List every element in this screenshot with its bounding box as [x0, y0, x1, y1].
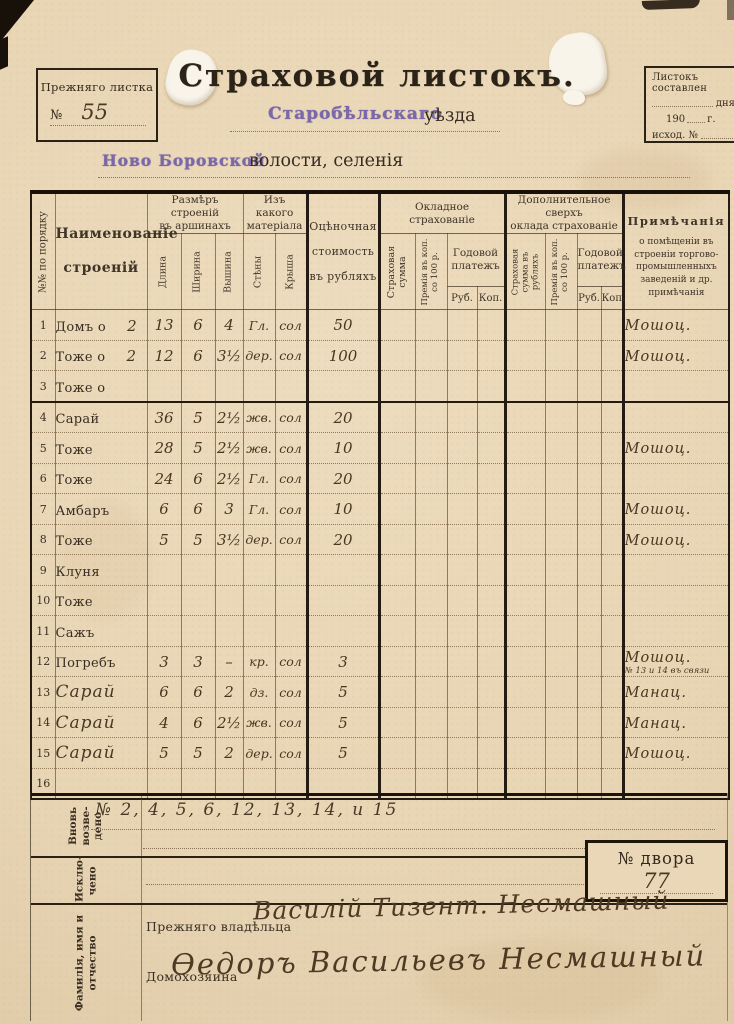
table-row: 8 Тоже 5 5 3½ дер. сол 20 Мошоц.: [31, 524, 729, 555]
building-name-cell: Сарай: [55, 402, 147, 433]
note-cell: Мошоц.: [623, 433, 729, 464]
building-name-cell: Амбаръ: [55, 494, 147, 525]
roof-material-cell: сол: [275, 524, 307, 555]
note-cell: Мошоц.: [623, 494, 729, 525]
width-cell: 6: [181, 494, 215, 525]
additional-sum-cell: [505, 585, 545, 616]
column-header-notes: Примѣчанія о помѣщеніи въ строеніи торго…: [623, 192, 729, 310]
building-name: Сарай: [56, 743, 116, 763]
column-header-kopeks-additional: Коп.: [601, 287, 623, 310]
dotted-line: [146, 884, 584, 885]
length-cell: [147, 585, 181, 616]
additional-premium-cell: [545, 524, 577, 555]
building-name: Сарай: [56, 713, 116, 733]
column-header-walls: Стѣны: [243, 234, 275, 310]
uezd-word: уѣзда: [424, 106, 476, 126]
group-header-additional-insurance: Дополнительное сверхъ оклада страхованіе: [505, 192, 623, 234]
appraised-value-cell: 50: [307, 310, 379, 341]
appraised-value-cell: [307, 585, 379, 616]
row-number-cell: 9: [31, 555, 55, 586]
column-header-roof: Крыша: [275, 234, 307, 310]
note-cell: Мошоц.: [623, 340, 729, 371]
appraised-value-cell: 10: [307, 433, 379, 464]
note-small-text-handwritten: № 13 и 14 въ связи: [625, 667, 729, 676]
torn-edge-mark: [727, 0, 734, 20]
standard-premium-cell: [415, 433, 447, 464]
height-cell: [215, 585, 243, 616]
additional-premium-cell: [545, 402, 577, 433]
note-text-handwritten: Мошоц.: [625, 746, 692, 762]
width-cell: 5: [181, 524, 215, 555]
width-cell: 5: [181, 738, 215, 769]
additional-premium-cell: [545, 494, 577, 525]
walls-material-cell: Гл.: [243, 463, 275, 494]
additional-kopeks-cell: [601, 646, 623, 677]
column-header-insured-sum: Страховая сумма: [379, 234, 415, 310]
standard-sum-cell: [379, 433, 415, 464]
table-row: 9 Клуня: [31, 555, 729, 586]
standard-kopeks-cell: [477, 433, 505, 464]
note-text-handwritten: Мошоц.: [625, 533, 692, 549]
appraised-value-cell: 100: [307, 340, 379, 371]
standard-sum-cell: [379, 371, 415, 402]
building-name: Сажъ: [56, 626, 95, 641]
additional-rubles-cell: [577, 646, 601, 677]
standard-kopeks-cell: [477, 340, 505, 371]
walls-material-cell: жв.: [243, 707, 275, 738]
volost-words: волости, селенія: [249, 151, 403, 171]
width-cell: 6: [181, 677, 215, 708]
roof-material-cell: сол: [275, 340, 307, 371]
standard-rubles-cell: [447, 524, 477, 555]
walls-material-cell: Гл.: [243, 310, 275, 341]
additional-sum-cell: [505, 371, 545, 402]
standard-premium-cell: [415, 340, 447, 371]
group-header-standard-insurance: Окладное страхованіе: [379, 192, 505, 234]
additional-kopeks-cell: [601, 677, 623, 708]
standard-kopeks-cell: [477, 707, 505, 738]
additional-rubles-cell: [577, 371, 601, 402]
height-cell: 2: [215, 738, 243, 769]
building-name-cell: Тоже: [55, 585, 147, 616]
standard-sum-cell: [379, 738, 415, 769]
standard-premium-cell: [415, 707, 447, 738]
additional-sum-cell: [505, 494, 545, 525]
length-cell: [147, 616, 181, 647]
appraised-value-cell: [307, 555, 379, 586]
additional-premium-cell: [545, 616, 577, 647]
building-name: Тоже: [56, 534, 93, 549]
note-cell: [623, 463, 729, 494]
table-row: 12 Погребъ 3 3 – кр. сол 3 Мошоц. № 13 и…: [31, 646, 729, 677]
additional-sum-cell: [505, 433, 545, 464]
appraised-value-cell: 20: [307, 402, 379, 433]
length-cell: 6: [147, 494, 181, 525]
height-cell: 2½: [215, 402, 243, 433]
standard-rubles-cell: [447, 555, 477, 586]
length-cell: 6: [147, 677, 181, 708]
length-cell: 5: [147, 738, 181, 769]
standard-kopeks-cell: [477, 555, 505, 586]
height-cell: 2½: [215, 433, 243, 464]
building-name-cell: Тоже о 2: [55, 340, 147, 371]
length-cell: 5: [147, 524, 181, 555]
year-suffix: г.: [707, 114, 715, 125]
buildings-insurance-table: №№ по порядку Наименованіе строеній Разм…: [30, 190, 730, 800]
yard-number-label: № двора: [588, 849, 725, 868]
additional-kopeks-cell: [601, 371, 623, 402]
appraised-value-cell: 10: [307, 494, 379, 525]
walls-material-cell: Гл.: [243, 494, 275, 525]
building-name-cell: Тоже: [55, 463, 147, 494]
page-title: Страховой листокъ.: [167, 58, 587, 94]
year-prefix: 190: [666, 114, 685, 125]
additional-sum-cell: [505, 340, 545, 371]
width-cell: 6: [181, 310, 215, 341]
additional-rubles-cell: [577, 494, 601, 525]
note-cell: [623, 371, 729, 402]
standard-kopeks-cell: [477, 646, 505, 677]
width-cell: 6: [181, 463, 215, 494]
column-header-number: №№ по порядку: [31, 192, 55, 310]
standard-sum-cell: [379, 463, 415, 494]
additional-sum-cell: [505, 707, 545, 738]
roof-material-cell: сол: [275, 738, 307, 769]
column-header-kopeks: Коп.: [477, 287, 505, 310]
building-name-cell: Тоже: [55, 524, 147, 555]
standard-premium-cell: [415, 402, 447, 433]
additional-kopeks-cell: [601, 707, 623, 738]
note-text-handwritten: Манац.: [625, 685, 687, 701]
standard-premium-cell: [415, 371, 447, 402]
table-row: 15 Сарай 5 5 2 дер. сол 5 Мошоц.: [31, 738, 729, 769]
building-name: Клуня: [56, 565, 100, 580]
standard-kopeks-cell: [477, 677, 505, 708]
row-number-cell: 11: [31, 616, 55, 647]
standard-rubles-cell: [447, 646, 477, 677]
width-cell: 6: [181, 707, 215, 738]
group-header-material: Изъ какого матеріала: [243, 192, 307, 234]
walls-material-cell: [243, 585, 275, 616]
roof-material-cell: [275, 616, 307, 647]
additional-kopeks-cell: [601, 738, 623, 769]
additional-premium-cell: [545, 433, 577, 464]
additional-sum-cell: [505, 402, 545, 433]
additional-rubles-cell: [577, 585, 601, 616]
additional-kopeks-cell: [601, 310, 623, 341]
standard-sum-cell: [379, 524, 415, 555]
walls-material-cell: жв.: [243, 433, 275, 464]
building-name: Тоже о: [56, 381, 106, 396]
additional-kopeks-cell: [601, 494, 623, 525]
walls-material-cell: дер.: [243, 340, 275, 371]
outgoing-number-label: исход. №: [652, 130, 698, 141]
additional-rubles-cell: [577, 738, 601, 769]
standard-kopeks-cell: [477, 585, 505, 616]
column-header-premium: Премія въ коп. со 100 р.: [415, 234, 447, 310]
building-name: Тоже: [56, 443, 93, 458]
building-name-cell: Сарай: [55, 677, 147, 708]
table-row: 10 Тоже: [31, 585, 729, 616]
additional-rubles-cell: [577, 616, 601, 647]
length-cell: 36: [147, 402, 181, 433]
standard-sum-cell: [379, 494, 415, 525]
note-cell: [623, 555, 729, 586]
standard-rubles-cell: [447, 463, 477, 494]
height-cell: 3: [215, 494, 243, 525]
additional-rubles-cell: [577, 463, 601, 494]
standard-sum-cell: [379, 555, 415, 586]
appraised-value-cell: 3: [307, 646, 379, 677]
column-header-insured-sum-additional: Страховая сумма въ рубляхъ: [505, 234, 545, 310]
group-header-annual-payment-additional: Годовой платежъ: [577, 234, 623, 287]
additional-rubles-cell: [577, 433, 601, 464]
additional-kopeks-cell: [601, 433, 623, 464]
standard-kopeks-cell: [477, 524, 505, 555]
previous-sheet-label: Прежняго листка: [38, 80, 156, 94]
additional-rubles-cell: [577, 340, 601, 371]
torn-edge-mark: [0, 36, 8, 70]
column-header-rubles: Руб.: [447, 287, 477, 310]
appraised-value-cell: 5: [307, 707, 379, 738]
standard-sum-cell: [379, 677, 415, 708]
note-text-handwritten: Мошоц.: [625, 441, 692, 457]
width-cell: 6: [181, 340, 215, 371]
roof-material-cell: сол: [275, 402, 307, 433]
additional-kopeks-cell: [601, 585, 623, 616]
building-name: Сарай: [56, 682, 116, 702]
standard-rubles-cell: [447, 402, 477, 433]
additional-kopeks-cell: [601, 555, 623, 586]
row-number-cell: 6: [31, 463, 55, 494]
length-cell: 24: [147, 463, 181, 494]
standard-sum-cell: [379, 310, 415, 341]
length-cell: 3: [147, 646, 181, 677]
standard-premium-cell: [415, 646, 447, 677]
footer-section: Вновь возве- дено № 2, 4, 5, 6, 12, 13, …: [30, 793, 728, 1021]
standard-kopeks-cell: [477, 402, 505, 433]
length-cell: 13: [147, 310, 181, 341]
standard-sum-cell: [379, 340, 415, 371]
walls-material-cell: дер.: [243, 524, 275, 555]
dotted-line: [687, 122, 705, 123]
height-cell: 3½: [215, 524, 243, 555]
dotted-line: [701, 138, 734, 139]
note-cell: [623, 402, 729, 433]
note-cell: Мошоц.: [623, 310, 729, 341]
building-name: Амбаръ: [56, 504, 110, 519]
additional-premium-cell: [545, 585, 577, 616]
walls-material-cell: дз.: [243, 677, 275, 708]
table-row: 14 Сарай 4 6 2½ жв. сол 5 Манац.: [31, 707, 729, 738]
walls-material-cell: [243, 616, 275, 647]
table-row: 7 Амбаръ 6 6 3 Гл. сол 10 Мошоц.: [31, 494, 729, 525]
column-header-appraised-value: Оцѣночная стоимость въ рубляхъ: [307, 192, 379, 310]
roof-material-cell: [275, 371, 307, 402]
column-header-height: Вышина: [215, 234, 243, 310]
insurance-sheet-document: Прежняго листка № 55 Страховой листокъ. …: [0, 0, 734, 1024]
row-number-cell: 3: [31, 371, 55, 402]
row-number-cell: 5: [31, 433, 55, 464]
additional-premium-cell: [545, 677, 577, 708]
row-number-cell: 8: [31, 524, 55, 555]
row-number-cell: 10: [31, 585, 55, 616]
standard-kopeks-cell: [477, 738, 505, 769]
standard-kopeks-cell: [477, 616, 505, 647]
dotted-line: [652, 106, 713, 107]
additional-kopeks-cell: [601, 463, 623, 494]
building-name-cell: Тоже: [55, 433, 147, 464]
standard-rubles-cell: [447, 738, 477, 769]
number-sign: №: [50, 108, 62, 123]
additional-premium-cell: [545, 340, 577, 371]
note-text-handwritten: Манац.: [625, 716, 687, 732]
column-header-building-name: Наименованіе строеній: [55, 192, 147, 310]
roof-material-cell: сол: [275, 463, 307, 494]
additional-rubles-cell: [577, 707, 601, 738]
standard-rubles-cell: [447, 707, 477, 738]
note-cell: Мошоц.: [623, 738, 729, 769]
length-cell: 12: [147, 340, 181, 371]
standard-rubles-cell: [447, 433, 477, 464]
building-name-cell: Сарай: [55, 707, 147, 738]
column-header-width: Ширина: [181, 234, 215, 310]
row-number-cell: 1: [31, 310, 55, 341]
building-name: Тоже: [56, 473, 93, 488]
length-cell: 28: [147, 433, 181, 464]
additional-rubles-cell: [577, 555, 601, 586]
note-text-handwritten: Мошоц.: [625, 318, 692, 334]
additional-sum-cell: [505, 738, 545, 769]
standard-sum-cell: [379, 585, 415, 616]
width-cell: [181, 371, 215, 402]
row-number-cell: 4: [31, 402, 55, 433]
additional-sum-cell: [505, 616, 545, 647]
additional-rubles-cell: [577, 524, 601, 555]
height-cell: [215, 371, 243, 402]
note-cell: Манац.: [623, 677, 729, 708]
width-cell: 3: [181, 646, 215, 677]
standard-rubles-cell: [447, 616, 477, 647]
note-text-handwritten: Мошоц.: [625, 502, 692, 518]
additional-premium-cell: [545, 555, 577, 586]
additional-sum-cell: [505, 463, 545, 494]
column-header-premium-additional: Премія въ коп. со 100 р.: [545, 234, 577, 310]
roof-material-cell: [275, 555, 307, 586]
table-row: 6 Тоже 24 6 2½ Гл. сол 20: [31, 463, 729, 494]
additional-rubles-cell: [577, 402, 601, 433]
standard-sum-cell: [379, 707, 415, 738]
standard-premium-cell: [415, 463, 447, 494]
standard-kopeks-cell: [477, 310, 505, 341]
roof-material-cell: сол: [275, 494, 307, 525]
additional-kopeks-cell: [601, 340, 623, 371]
walls-material-cell: [243, 555, 275, 586]
building-name-cell: Клуня: [55, 555, 147, 586]
width-cell: [181, 555, 215, 586]
building-name-cell: Сажъ: [55, 616, 147, 647]
standard-premium-cell: [415, 738, 447, 769]
ink-smudge: [642, 0, 700, 10]
previous-sheet-number-handwritten: 55: [81, 100, 108, 124]
row-number-cell: 7: [31, 494, 55, 525]
building-name-cell: Погребъ: [55, 646, 147, 677]
height-cell: 4: [215, 310, 243, 341]
standard-rubles-cell: [447, 371, 477, 402]
row-number-cell: 15: [31, 738, 55, 769]
roof-material-cell: сол: [275, 433, 307, 464]
appraised-value-cell: 5: [307, 738, 379, 769]
table-row: 3 Тоже о: [31, 371, 729, 402]
building-name: Тоже о: [56, 350, 106, 365]
volost-stamp: Ново Боровской: [102, 151, 265, 170]
appraised-value-cell: 20: [307, 524, 379, 555]
additional-rubles-cell: [577, 310, 601, 341]
height-cell: [215, 555, 243, 586]
standard-rubles-cell: [447, 310, 477, 341]
standard-kopeks-cell: [477, 494, 505, 525]
names-band: Фамилія, имя и отчество Прежняго владѣль…: [31, 905, 727, 1021]
table-row: 13 Сарай 6 6 2 дз. сол 5 Манац.: [31, 677, 729, 708]
walls-material-cell: [243, 371, 275, 402]
standard-rubles-cell: [447, 340, 477, 371]
table-row: 5 Тоже 28 5 2½ жв. сол 10 Мошоц.: [31, 433, 729, 464]
height-cell: 2: [215, 677, 243, 708]
table-header: №№ по порядку Наименованіе строеній Разм…: [31, 192, 729, 310]
standard-kopeks-cell: [477, 371, 505, 402]
standard-premium-cell: [415, 494, 447, 525]
sheet-composed-box: Листокъ составлен дня 190г. исход. №: [644, 66, 734, 143]
note-text-handwritten: Мошоц.: [625, 650, 692, 666]
appraised-value-cell: [307, 371, 379, 402]
appraised-value-cell: 5: [307, 677, 379, 708]
walls-material-cell: дер.: [243, 738, 275, 769]
building-name: Погребъ: [56, 656, 116, 671]
width-cell: [181, 585, 215, 616]
row-number-cell: 12: [31, 646, 55, 677]
walls-material-cell: жв.: [243, 402, 275, 433]
newly-built-numbers-handwritten: № 2, 4, 5, 6, 12, 13, 14, и 15: [95, 800, 398, 820]
additional-sum-cell: [505, 646, 545, 677]
length-cell: 4: [147, 707, 181, 738]
width-cell: [181, 616, 215, 647]
additional-kopeks-cell: [601, 524, 623, 555]
additional-sum-cell: [505, 555, 545, 586]
table-row: 11 Сажъ: [31, 616, 729, 647]
additional-sum-cell: [505, 310, 545, 341]
building-name-cell: Сарай: [55, 738, 147, 769]
building-name-cell: Домъ о 2: [55, 310, 147, 341]
building-name: Тоже: [56, 595, 93, 610]
walls-material-cell: кр.: [243, 646, 275, 677]
composed-label: Листокъ составлен: [652, 72, 734, 94]
roof-material-cell: [275, 585, 307, 616]
additional-premium-cell: [545, 738, 577, 769]
group-header-annual-payment: Годовой платежъ: [447, 234, 505, 287]
table-row: 2 Тоже о 2 12 6 3½ дер. сол 100 Мошоц.: [31, 340, 729, 371]
standard-kopeks-cell: [477, 463, 505, 494]
group-header-size: Размѣръ строеній въ аршинахъ: [147, 192, 243, 234]
column-header-rubles-additional: Руб.: [577, 287, 601, 310]
householder-name-handwritten: Ѳедоръ Васильевъ Несмашный: [171, 938, 707, 981]
note-cell: [623, 616, 729, 647]
uezd-stamp: Старобѣльскаго: [268, 104, 443, 124]
day-word: дня: [716, 98, 734, 109]
note-cell: Манац.: [623, 707, 729, 738]
standard-premium-cell: [415, 585, 447, 616]
building-name: Сарай: [56, 412, 100, 427]
excluded-label: Исклю- чено: [73, 860, 98, 902]
